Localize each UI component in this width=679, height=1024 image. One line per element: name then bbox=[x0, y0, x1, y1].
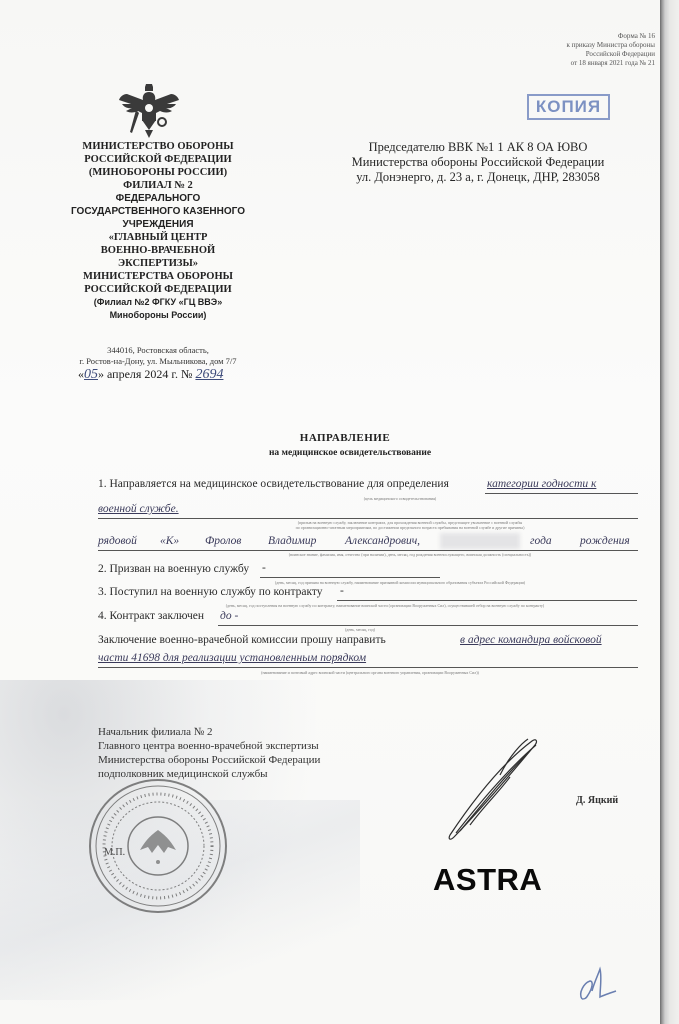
person-first-name: Владимир bbox=[268, 535, 316, 547]
person-underline bbox=[98, 550, 638, 551]
org-line: (Филиал №2 ФГКУ «ГЦ ВВЭ» bbox=[58, 296, 258, 309]
item1-caption: (цель медицинского освидетельствования) bbox=[300, 496, 500, 501]
item4-value: до - bbox=[220, 610, 238, 622]
org-line: МИНИСТЕРСТВА ОБОРОНЫ bbox=[58, 270, 258, 283]
org-line: РОССИЙСКОЙ ФЕДЕРАЦИИ bbox=[58, 153, 258, 166]
org-line: РОССИЙСКОЙ ФЕДЕРАЦИИ bbox=[58, 283, 258, 296]
seal-mp-label: М.П. bbox=[104, 847, 125, 858]
org-line: Минобороны России) bbox=[58, 309, 258, 322]
org-line: ФЕДЕРАЛЬНОГО bbox=[58, 192, 258, 205]
form-ref-line: Форма № 16 bbox=[520, 32, 655, 41]
document-subtitle: на медицинское освидетельствование bbox=[200, 448, 500, 458]
sender-organization: МИНИСТЕРСТВО ОБОРОНЫ РОССИЙСКОЙ ФЕДЕРАЦИ… bbox=[58, 140, 258, 322]
addressee-block: Председателю ВВК №1 1 АК 8 ОА ЮВО Минист… bbox=[328, 140, 628, 185]
conclusion-text: Заключение военно-врачебной комиссии про… bbox=[98, 634, 386, 646]
item1-underline-2 bbox=[98, 518, 638, 519]
conclusion-caption: (наименование и почтовый адрес воинской … bbox=[200, 670, 540, 675]
signer-title-line: Главного центра военно-врачебной эксперт… bbox=[98, 739, 398, 753]
date-day: 05 bbox=[84, 367, 98, 382]
item3-caption: (день, месяц, год поступления на военную… bbox=[130, 603, 640, 608]
item3-value: - bbox=[340, 585, 344, 597]
signer-title-line: Министерства обороны Российской Федераци… bbox=[98, 753, 398, 767]
item2-text: 2. Призван на военную службу bbox=[98, 563, 249, 575]
item4-caption: (день, месяц, год) bbox=[310, 627, 410, 632]
page-edge bbox=[660, 0, 679, 1024]
birth-year-label: года bbox=[530, 535, 552, 547]
astra-watermark: ASTRA bbox=[433, 862, 542, 898]
form-ref-line: от 18 января 2021 года № 21 bbox=[520, 59, 655, 68]
person-patronymic: Александрович, bbox=[345, 535, 420, 547]
person-surname: Фролов bbox=[205, 535, 241, 547]
person-callsign: «К» bbox=[160, 535, 179, 547]
form-ref-line: Российской Федерации bbox=[520, 50, 655, 59]
copy-stamp: КОПИЯ bbox=[527, 94, 610, 120]
form-ref-line: к приказу Министра обороны bbox=[520, 41, 655, 50]
item1-caption-2b: по организационно-штатным мероприятиям, … bbox=[180, 525, 640, 530]
item3-underline bbox=[337, 600, 637, 601]
official-seal-icon bbox=[80, 770, 230, 920]
addressee-line: Председателю ВВК №1 1 АК 8 ОА ЮВО bbox=[328, 140, 628, 155]
person-caption: (воинское звание, фамилия, имя, отчество… bbox=[180, 552, 640, 557]
signer-name: Д. Яцкий bbox=[576, 795, 618, 806]
org-line: ФИЛИАЛ № 2 bbox=[58, 179, 258, 192]
sender-address: 344016, Ростовская область, г. Ростов-на… bbox=[58, 345, 258, 367]
org-line: (МИНОБОРОНЫ РОССИИ) bbox=[58, 166, 258, 179]
document-title: НАПРАВЛЕНИЕ bbox=[230, 432, 460, 444]
item2-caption: (день, месяц, год призыва на военную слу… bbox=[170, 580, 630, 585]
double-headed-eagle-icon bbox=[118, 82, 180, 140]
item1-purpose-fill-cont: военной службе. bbox=[98, 503, 179, 515]
item1-purpose-fill: категории годности к bbox=[487, 478, 596, 490]
handwritten-initials-icon bbox=[570, 965, 620, 1003]
org-line: УЧРЕЖДЕНИЯ bbox=[58, 218, 258, 231]
redacted-birthdate bbox=[440, 533, 520, 549]
item3-text: 3. Поступил на военную службу по контрак… bbox=[98, 586, 323, 598]
item1-underline bbox=[485, 493, 638, 494]
signer-title-line: Начальник филиала № 2 bbox=[98, 725, 398, 739]
conclusion-fill-cont: части 41698 для реализации установленным… bbox=[98, 652, 366, 664]
conclusion-fill: в адрес командира войсковой bbox=[460, 634, 602, 646]
item1-text: 1. Направляется на медицинское освидетел… bbox=[98, 478, 449, 490]
form-reference: Форма № 16 к приказу Министра обороны Ро… bbox=[520, 32, 655, 68]
address-line: 344016, Ростовская область, bbox=[58, 345, 258, 356]
org-line: ЭКСПЕРТИЗЫ» bbox=[58, 257, 258, 270]
addressee-line: ул. Донэнерго, д. 23 а, г. Донецк, ДНР, … bbox=[328, 170, 628, 185]
addressee-line: Министерства обороны Российской Федераци… bbox=[328, 155, 628, 170]
org-line: ВОЕННО-ВРАЧЕБНОЙ bbox=[58, 244, 258, 257]
org-line: МИНИСТЕРСТВО ОБОРОНЫ bbox=[58, 140, 258, 153]
item4-text: 4. Контракт заключен bbox=[98, 610, 204, 622]
outgoing-date-number: «05» апреля 2024 г. № 2694 bbox=[78, 367, 223, 383]
address-line: г. Ростов-на-Дону, ул. Мыльникова, дом 7… bbox=[58, 356, 258, 367]
handwritten-signature-icon bbox=[440, 735, 550, 845]
item4-underline bbox=[218, 625, 638, 626]
org-line: «ГЛАВНЫЙ ЦЕНТР bbox=[58, 231, 258, 244]
conclusion-underline bbox=[98, 667, 638, 668]
birth-label: рождения bbox=[580, 535, 630, 547]
item2-value: - bbox=[262, 562, 266, 574]
person-rank: рядовой bbox=[98, 535, 137, 547]
quote-close: » bbox=[98, 367, 107, 381]
outgoing-number: 2694 bbox=[195, 367, 223, 382]
item2-underline bbox=[260, 577, 440, 578]
date-month-year: апреля 2024 г. № bbox=[107, 367, 192, 381]
org-line: ГОСУДАРСТВЕННОГО КАЗЕННОГО bbox=[58, 205, 258, 218]
